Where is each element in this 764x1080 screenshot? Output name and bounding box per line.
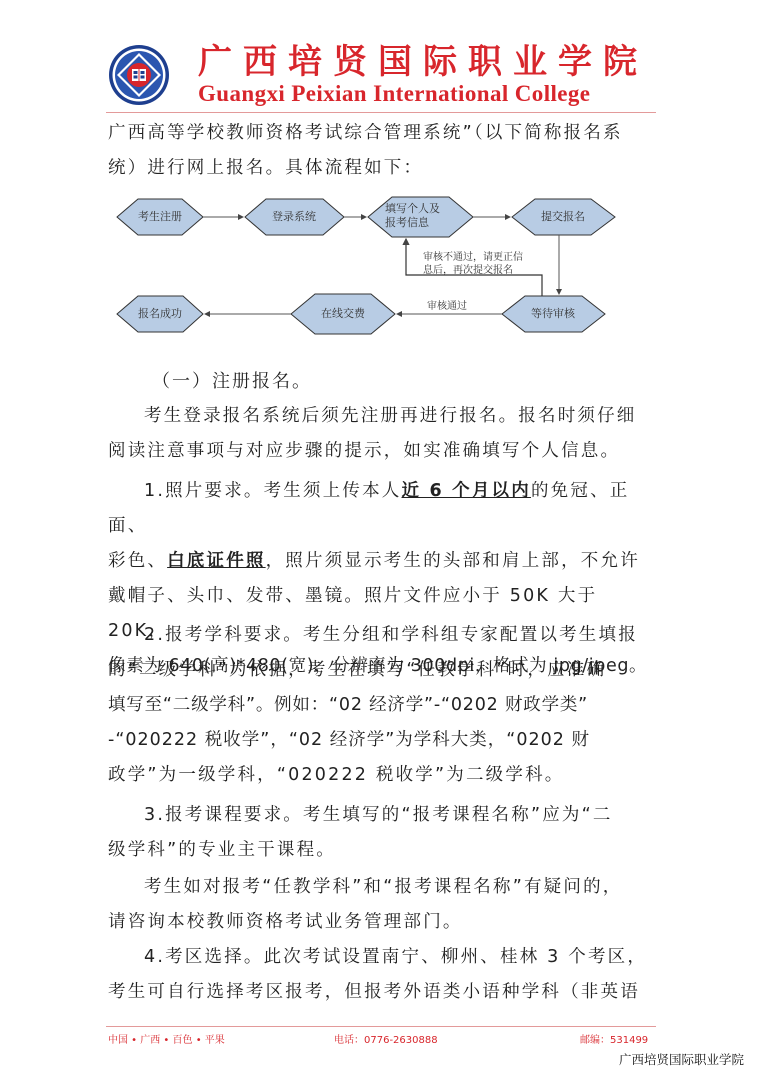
course-requirement-paragraph: 3.报考课程要求。考生填写的“报考课程名称”应为“二 级学科”的专业主干课程。 (108, 798, 660, 868)
exam-region-paragraph: 4.考区选择。此次考试设置南宁、柳州、桂林 3 个考区， 考生可自行选择考区报考… (108, 940, 660, 1010)
text-span: 彩色、 (108, 551, 167, 571)
paragraph-line: 考生可自行选择考区报考，但报考外语类小语种学科（非英语 (108, 975, 660, 1010)
section-heading: （一）注册报名。 (152, 364, 312, 399)
inquiry-paragraph: 考生如对报考“任教学科”和“报考课程名称”有疑问的， 请咨询本校教师资格考试业务… (108, 870, 660, 940)
paragraph-line: 填写至“二级学科”。例如：“02 经济学”-“0202 财政学类” (108, 688, 660, 723)
edge-label-rejected-line1: 审核不通过，请更正信 (423, 251, 523, 264)
footer-phone: 电话：0776-2630888 (334, 1031, 438, 1046)
node-pay-online: 在线交费 (312, 307, 374, 321)
text-span: 4.考区选择。此次考试设置南宁、柳州、桂林 3 个考区， (144, 947, 647, 967)
paragraph-line: 4.考区选择。此次考试设置南宁、柳州、桂林 3 个考区， (108, 940, 660, 975)
paragraph-line: 的“二级学科”为依据，考生在填写“任教学科”时，应准确 (108, 653, 660, 688)
document-page: 广西培贤国际职业学院 Guangxi Peixian International… (0, 0, 764, 1080)
node-login: 登录系统 (263, 210, 325, 224)
paragraph-line: 政学”为一级学科，“020222 税收学”为二级学科。 (108, 758, 660, 793)
paragraph-line: 考生如对报考“任教学科”和“报考课程名称”有疑问的， (108, 870, 660, 905)
footer-address: 中国 • 广西 • 百色 • 平果 (108, 1031, 225, 1046)
node-fill-info-line2: 报考信息 (385, 216, 455, 230)
edge-label-rejected: 审核不通过，请更正信 息后，再次提交报名 (423, 251, 523, 277)
paragraph-line: 阅读注意事项与对应步骤的提示，如实准确填写个人信息。 (108, 434, 660, 469)
registration-intro-paragraph: 考生登录报名系统后须先注册再进行报名。报名时须仔细 阅读注意事项与对应步骤的提示… (108, 399, 660, 469)
emphasis-white-background-photo: 白底证件照 (167, 551, 266, 571)
subject-requirement-paragraph: 2.报考学科要求。考生分组和学科组专家配置以考生填报 的“二级学科”为依据，考生… (108, 618, 660, 793)
paragraph-line: 1.照片要求。考生须上传本人近 6 个月以内的免冠、正面、 (108, 474, 660, 544)
registration-flowchart: 考生注册 登录系统 填写个人及 报考信息 提交报名 报名成功 在线交费 等待审核… (105, 190, 665, 350)
node-fill-info-line1: 填写个人及 (385, 202, 455, 216)
node-await-review: 等待审核 (522, 307, 584, 321)
letterhead: 广西培贤国际职业学院 Guangxi Peixian International… (106, 40, 662, 114)
college-name-english: Guangxi Peixian International College (198, 80, 590, 108)
text-span: 1.照片要求。考生须上传本人 (144, 481, 402, 501)
paragraph-line: 考生登录报名系统后须先注册再进行报名。报名时须仔细 (108, 399, 660, 434)
node-success: 报名成功 (129, 307, 191, 321)
emphasis-recent-6-months: 近 6 个月以内 (402, 481, 531, 501)
text-span: 2.报考学科要求。考生分组和学科组专家配置以考生填报 (144, 625, 638, 645)
paragraph-line: 2.报考学科要求。考生分组和学科组专家配置以考生填报 (108, 618, 660, 653)
text-span: ，照片须显示考生的头部和肩上部，不允许 (266, 551, 640, 571)
intro-line: 统）进行网上报名。具体流程如下： (108, 151, 660, 186)
node-register: 考生注册 (129, 210, 191, 224)
intro-paragraph: 广西高等学校教师资格考试综合管理系统”（以下简称报名系 统）进行网上报名。具体流… (108, 116, 660, 186)
paragraph-line: 级学科”的专业主干课程。 (108, 833, 660, 868)
paragraph-line: -“020222 税收学”，“02 经济学”为学科大类，“0202 财 (108, 723, 660, 758)
intro-line: 广西高等学校教师资格考试综合管理系统”（以下简称报名系 (108, 116, 660, 151)
edge-label-rejected-line2: 息后，再次提交报名 (423, 264, 523, 277)
header-divider (106, 112, 656, 113)
paragraph-line: 彩色、白底证件照，照片须显示考生的头部和肩上部，不允许 (108, 544, 660, 579)
paragraph-line: 请咨询本校教师资格考试业务管理部门。 (108, 905, 660, 940)
text-span: 考生如对报考“任教学科”和“报考课程名称”有疑问的， (144, 877, 622, 897)
text-span: 3.报考课程要求。考生填写的“报考课程名称”应为“二 (144, 805, 613, 825)
college-seal-icon (108, 44, 170, 106)
paragraph-line: 3.报考课程要求。考生填写的“报考课程名称”应为“二 (108, 798, 660, 833)
text-span: 考生登录报名系统后须先注册再进行报名。报名时须仔细 (144, 406, 637, 426)
node-fill-info: 填写个人及 报考信息 (385, 202, 455, 230)
footer-postcode: 邮编：531499 (580, 1031, 648, 1046)
node-submit: 提交报名 (532, 210, 594, 224)
source-watermark: 广西培贤国际职业学院 (619, 1050, 744, 1068)
college-name-chinese: 广西培贤国际职业学院 (198, 42, 648, 82)
edge-label-approved: 审核通过 (427, 300, 467, 313)
footer-divider (106, 1026, 656, 1027)
